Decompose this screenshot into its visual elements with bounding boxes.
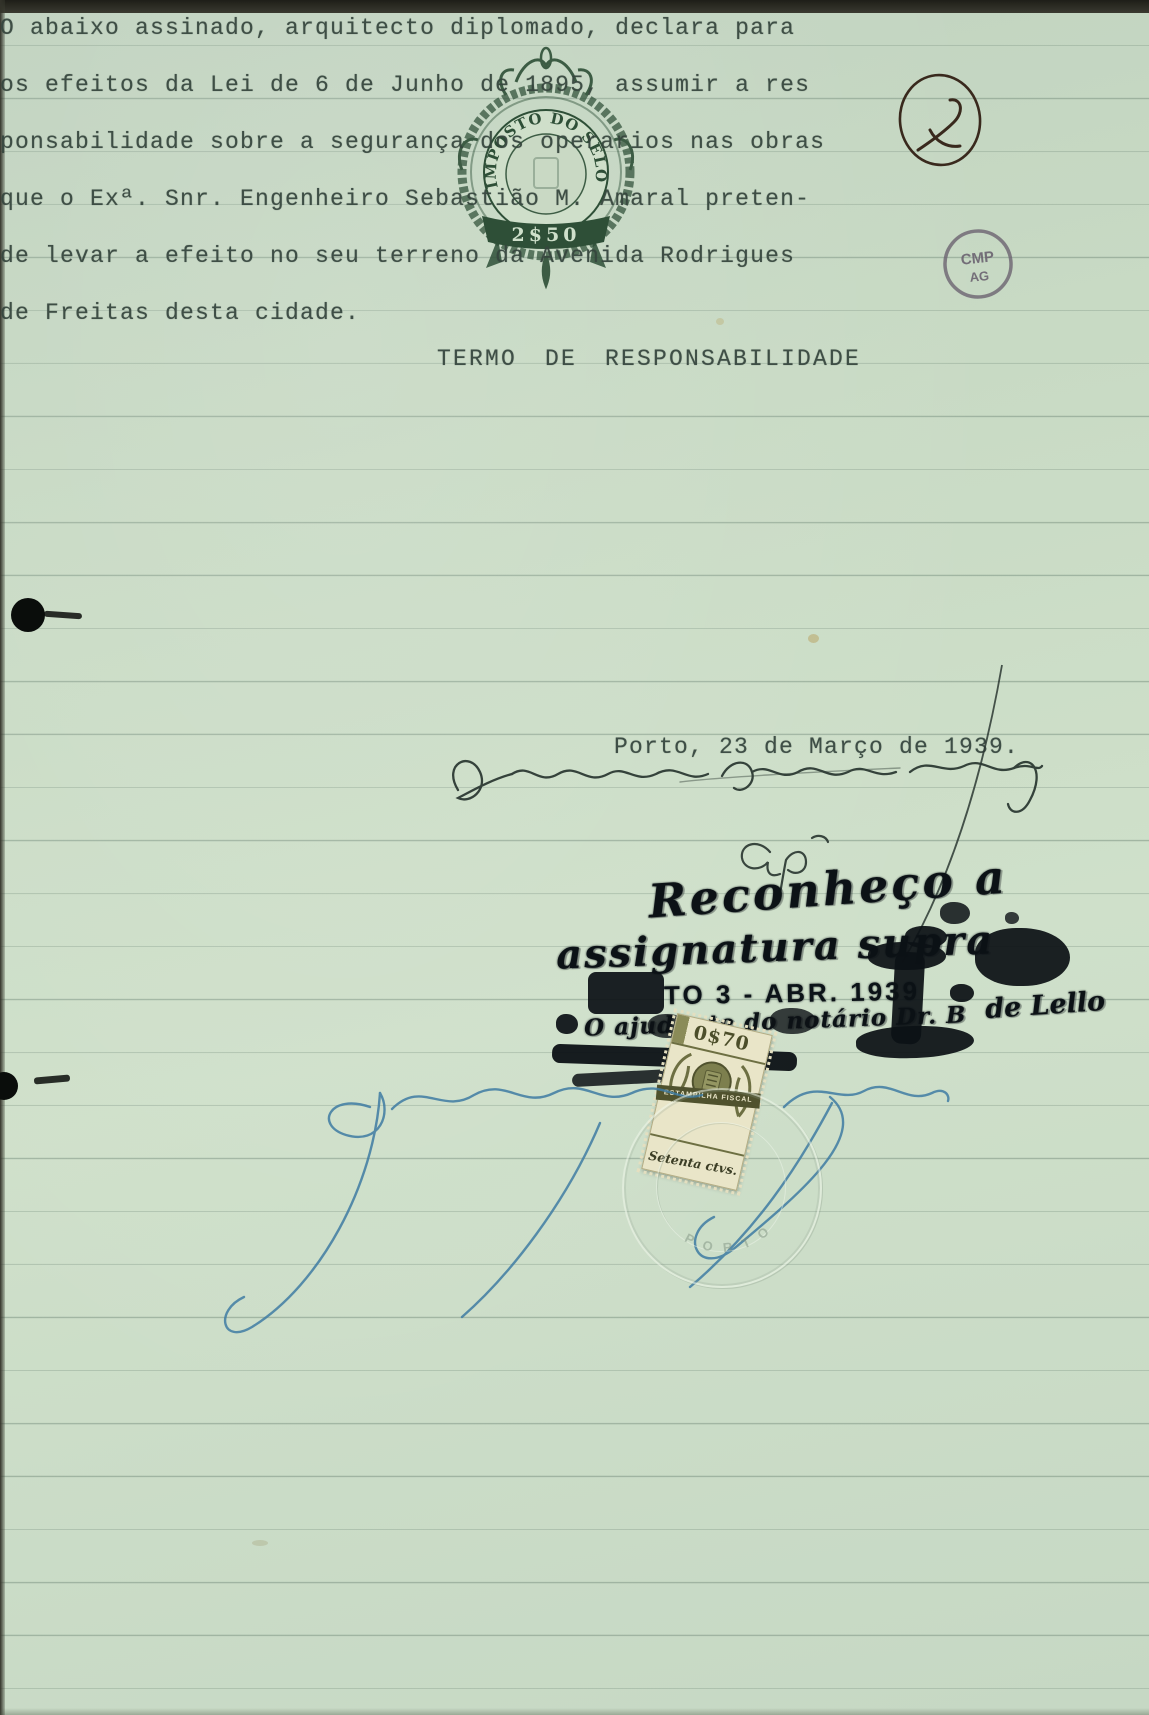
document-title: TERMO DE RESPONSABILIDADE — [437, 346, 861, 372]
embossed-seal-text: P O R T O — [682, 1222, 774, 1256]
foxing-stain — [716, 318, 724, 325]
ink-dash-left-margin — [34, 1074, 70, 1084]
scanned-document-page: IMPOSTO DO SELO 2$50 2 CMP AG TERMO DE R… — [0, 0, 1149, 1715]
ink-blot-over-porto — [588, 972, 664, 1014]
foxing-stain — [252, 1540, 268, 1546]
ink-dot-left-margin — [0, 1072, 18, 1100]
body-line: os efeitos da Lei de 6 de Junho de 1895,… — [0, 57, 1149, 114]
ink-spot — [556, 1014, 578, 1034]
ink-dash-left-margin — [44, 611, 82, 620]
scan-edge-bottom — [0, 1708, 1149, 1715]
notary-signature — [130, 1035, 960, 1365]
body-line: de Freitas desta cidade. — [0, 285, 1149, 342]
svg-text:P O R T O: P O R T O — [682, 1222, 774, 1256]
document-body: O abaixo assinado, arquitecto diplomado,… — [0, 0, 1149, 342]
body-line: de levar a efeito no seu terreno da Aven… — [0, 228, 1149, 285]
ink-smudge — [770, 1008, 816, 1034]
notary-clerk-name-end: de Lello — [984, 986, 1106, 1025]
body-line: ponsabilidade sobre a segurança dos oper… — [0, 114, 1149, 171]
body-line: O abaixo assinado, arquitecto diplomado,… — [0, 0, 1149, 57]
embossed-seal: P O R T O — [622, 1088, 822, 1288]
ink-dot-left-margin — [11, 598, 45, 632]
foxing-stain — [808, 634, 819, 643]
body-line: que o Exª. Snr. Engenheiro Sebastião M. … — [0, 171, 1149, 228]
